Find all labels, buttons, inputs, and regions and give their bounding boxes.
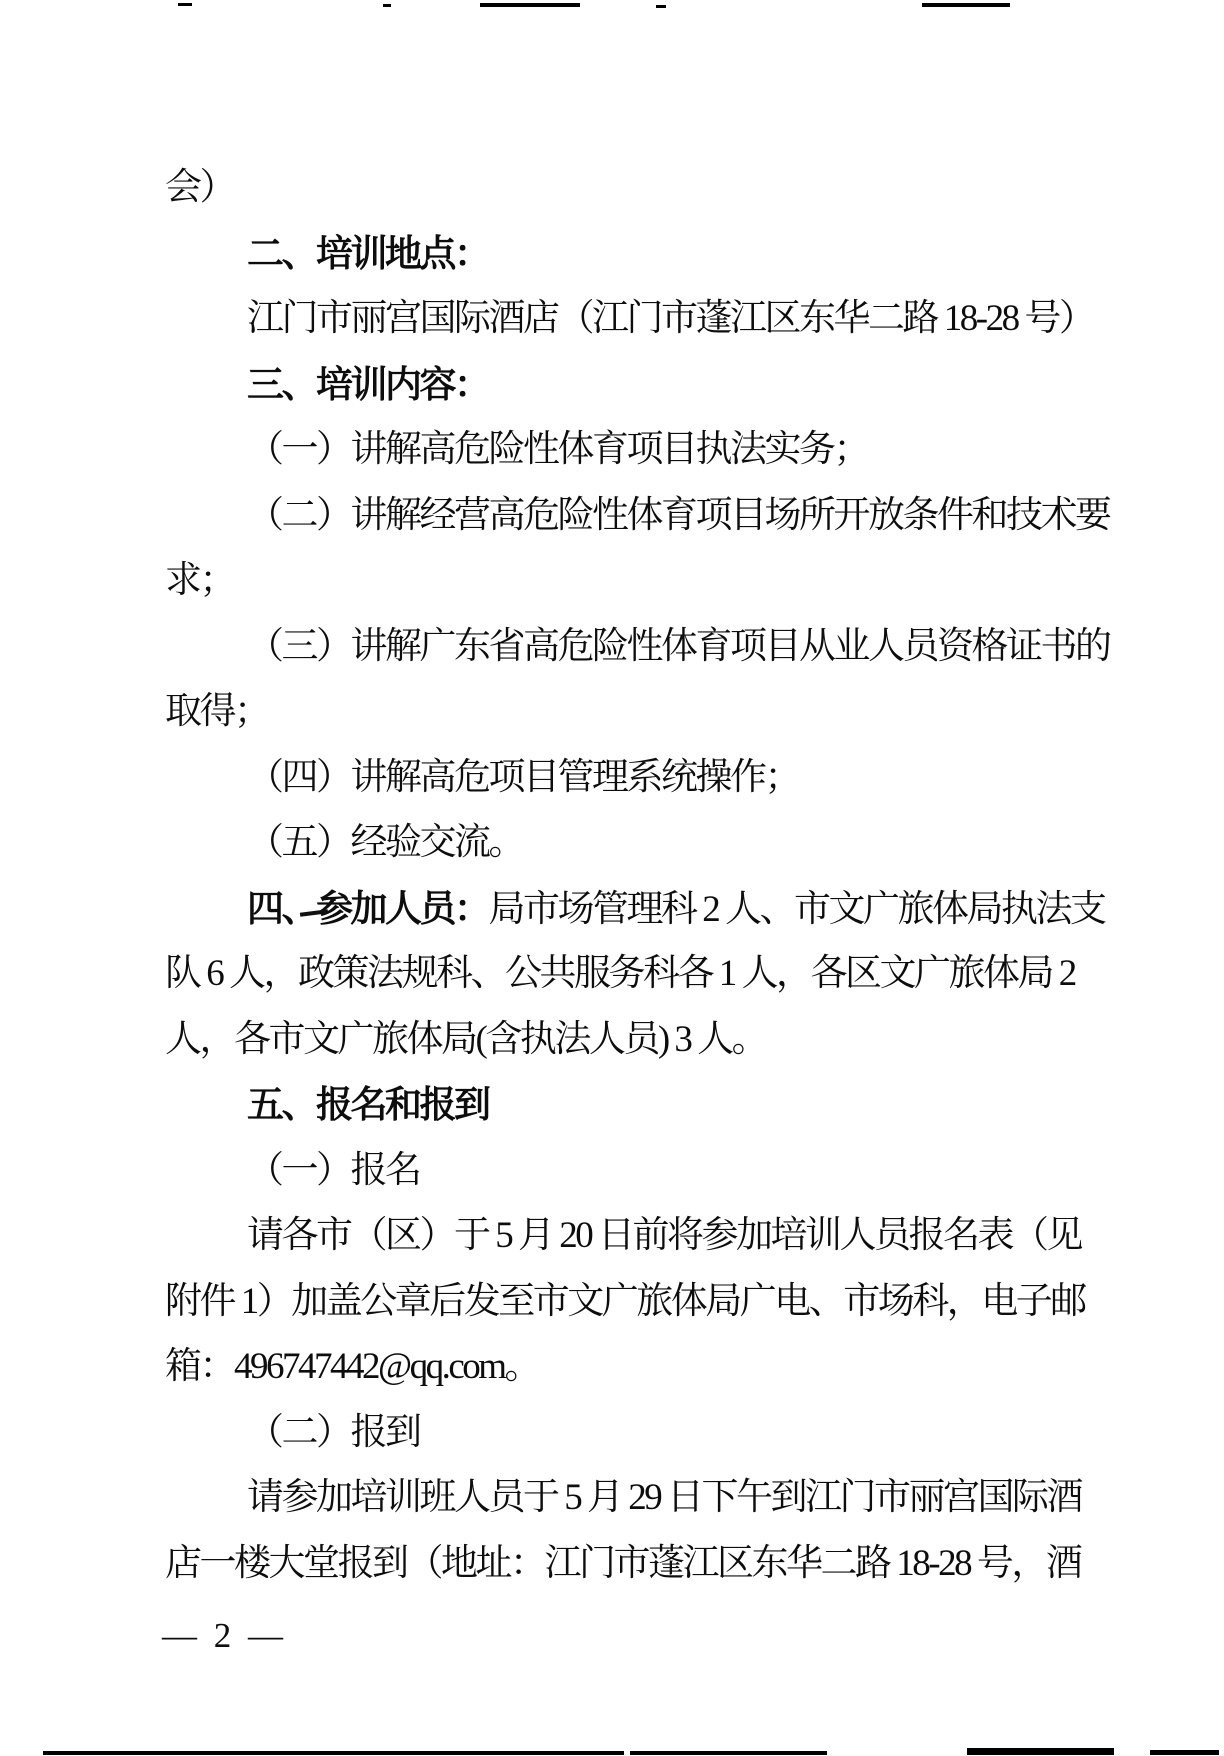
scan-artifact-top — [178, 3, 192, 6]
document-page: 会） 二、培训地点： 江门市丽宫国际酒店（江门市蓬江区东华二路 18-28 号）… — [0, 0, 1224, 1756]
signup-instructions: 请各市（区）于 5 月 20 日前将参加培训人员报名表（见 — [165, 1203, 1105, 1269]
scan-artifact-top — [480, 3, 580, 7]
document-body: 会） 二、培训地点： 江门市丽宫国际酒店（江门市蓬江区东华二路 18-28 号）… — [165, 155, 1105, 1596]
scan-artifact-bottom — [1150, 1750, 1219, 1755]
line-continuation-hui: 会） — [165, 155, 1105, 221]
signup-email-line: 箱：496747442@qq.com。 — [165, 1334, 1105, 1400]
scan-artifact-top — [922, 3, 1010, 7]
heading-3-training-content: 三、培训内容： — [165, 352, 1105, 418]
content-item-5: （五）经验交流。 — [165, 810, 1105, 876]
subheading-2-checkin: （二）报到 — [165, 1400, 1105, 1466]
scan-artifact-top — [656, 5, 666, 8]
scan-artifact-top — [383, 4, 391, 7]
participants-detail-cont1: 队 6 人，政策法规科、公共服务科各 1 人，各区文广旅体局 2 — [165, 941, 1105, 1007]
checkin-instructions-cont: 店一楼大堂报到（地址：江门市蓬江区东华二路 18-28 号，酒 — [165, 1531, 1105, 1597]
body-hotel-address: 江门市丽宫国际酒店（江门市蓬江区东华二路 18-28 号） — [165, 286, 1105, 352]
page-number: — 2 — — [162, 1616, 287, 1656]
scan-artifact-bottom — [630, 1751, 827, 1755]
heading-2-training-location: 二、培训地点： — [165, 221, 1105, 287]
heading-5-registration: 五、报名和报到 — [165, 1072, 1105, 1138]
heading-4-participants: 四、参加人员：局市场管理科 2 人、市文广旅体局执法支 — [165, 876, 1105, 942]
content-item-3-cont: 取得； — [165, 679, 1105, 745]
scan-artifact-bottom — [967, 1748, 1114, 1755]
content-item-2: （二）讲解经营高危险性体育项目场所开放条件和技术要 — [165, 483, 1105, 549]
scan-artifact-bottom — [43, 1751, 624, 1755]
content-item-2-cont: 求； — [165, 548, 1105, 614]
content-item-3: （三）讲解广东省高危险性体育项目从业人员资格证书的 — [165, 614, 1105, 680]
subheading-1-signup: （一）报名 — [165, 1138, 1105, 1204]
heading-4-participants-label: 四、参加人员： — [247, 888, 489, 929]
participants-detail-cont2: 人，各市文广旅体局(含执法人员) 3 人。 — [165, 1007, 1105, 1073]
signup-instructions-cont1: 附件 1）加盖公章后发至市文广旅体局广电、市场科，电子邮 — [165, 1269, 1105, 1335]
participants-detail: 局市场管理科 2 人、市文广旅体局执法支 — [489, 889, 1105, 930]
checkin-instructions: 请参加培训班人员于 5 月 29 日下午到江门市丽宫国际酒 — [165, 1465, 1105, 1531]
content-item-1: （一）讲解高危险性体育项目执法实务； — [165, 417, 1105, 483]
content-item-4: （四）讲解高危项目管理系统操作； — [165, 745, 1105, 811]
